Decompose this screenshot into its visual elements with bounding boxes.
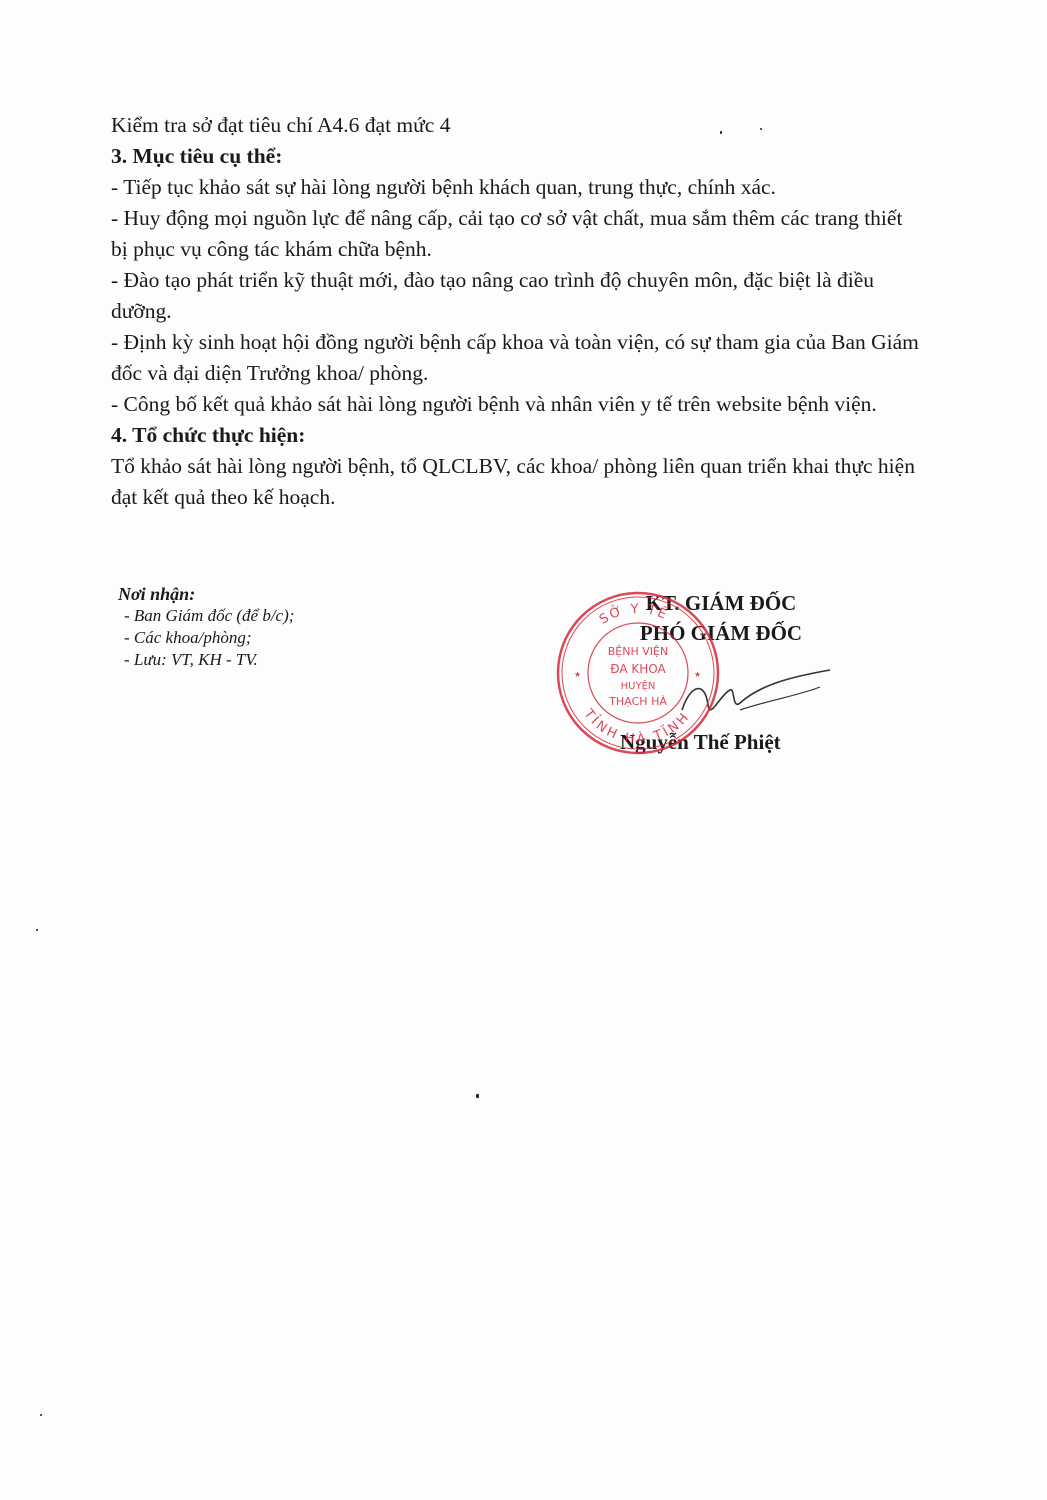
scan-speck (36, 929, 38, 931)
svg-text:★: ★ (574, 670, 581, 679)
recipient-item: - Ban Giám đốc (để b/c); (118, 605, 294, 627)
section-3-item: - Đào tạo phát triển kỹ thuật mới, đào t… (111, 265, 921, 327)
document-body: Kiểm tra sở đạt tiêu chí A4.6 đạt mức 4 … (111, 110, 921, 513)
signature-title-1: KT. GIÁM ĐỐC (582, 588, 860, 618)
svg-text:HUYỆN: HUYỆN (621, 679, 656, 692)
scan-speck (720, 131, 722, 134)
section-3-item: - Tiếp tục khảo sát sự hài lòng người bệ… (111, 172, 921, 203)
section-4-text: Tổ khảo sát hài lòng người bệnh, tổ QLCL… (111, 451, 921, 513)
section-3-item: - Công bố kết quả khảo sát hài lòng ngườ… (111, 389, 921, 420)
scan-speck (760, 128, 762, 130)
scan-speck (476, 1094, 479, 1098)
recipient-item: - Các khoa/phòng; (118, 627, 294, 649)
svg-text:★: ★ (694, 670, 701, 679)
document-page: Kiểm tra sở đạt tiêu chí A4.6 đạt mức 4 … (0, 0, 1047, 1500)
handwritten-signature-icon (680, 665, 840, 725)
scan-speck (40, 1414, 42, 1416)
signer-name: Nguyễn Thế Phiệt (620, 730, 781, 755)
section-4-heading: 4. Tổ chức thực hiện: (111, 420, 921, 451)
svg-text:THẠCH HÀ: THẠCH HÀ (608, 695, 667, 708)
section-3-item: - Định kỳ sinh hoạt hội đồng người bệnh … (111, 327, 921, 389)
svg-text:ĐA KHOA: ĐA KHOA (610, 662, 666, 676)
recipients-block: Nơi nhận: - Ban Giám đốc (để b/c); - Các… (118, 583, 294, 671)
signature-title-2: PHÓ GIÁM ĐỐC (582, 618, 860, 648)
section-3-item: - Huy động mọi nguồn lực để nâng cấp, cả… (111, 203, 921, 265)
recipient-item: - Lưu: VT, KH - TV. (118, 649, 294, 671)
section-3-heading: 3. Mục tiêu cụ thể: (111, 141, 921, 172)
recipients-title: Nơi nhận: (118, 583, 294, 605)
signature-block: KT. GIÁM ĐỐC PHÓ GIÁM ĐỐC (560, 588, 860, 648)
intro-line: Kiểm tra sở đạt tiêu chí A4.6 đạt mức 4 (111, 110, 921, 141)
